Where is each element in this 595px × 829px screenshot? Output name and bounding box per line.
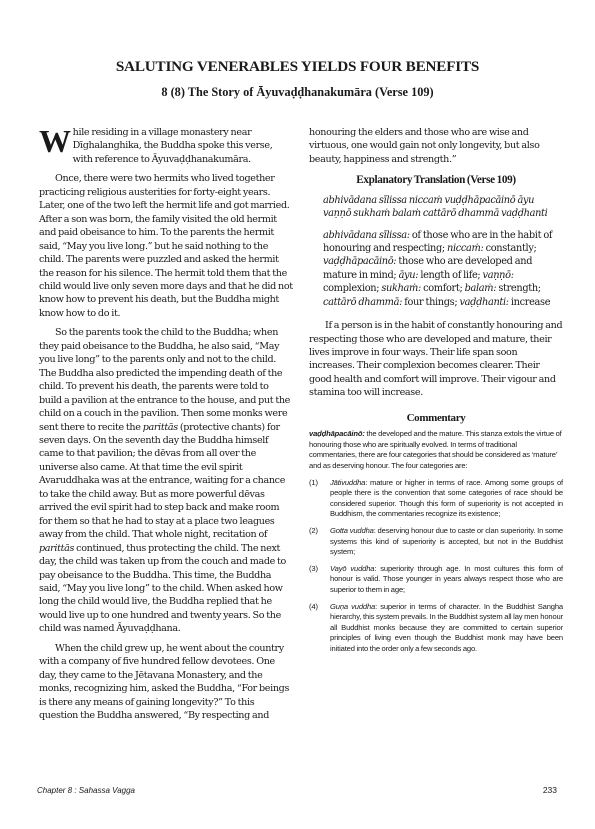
gloss-term: balaṁ:	[465, 283, 497, 294]
gloss-term: sukhaṁ:	[381, 283, 421, 294]
item-text: Jātivuddha: mature or higher in terms of…	[330, 478, 563, 520]
commentary-item: (1)Jātivuddha: mature or higher in terms…	[309, 478, 563, 520]
story-paragraph: When the child grew up, he went about th…	[39, 642, 293, 723]
item-number: (2)	[309, 526, 330, 558]
item-number: (4)	[309, 602, 330, 655]
commentary-heading: Commentary	[309, 412, 563, 425]
commentary-item: (3)Vayō vuddha: superiority through age.…	[309, 564, 563, 596]
gloss-term: vaṇṇō:	[483, 270, 514, 281]
commentary-item: (2)Gotta vuddha: deserving honour due to…	[309, 526, 563, 558]
story-paragraph: Once, there were two hermits who lived t…	[39, 172, 293, 320]
gloss-term: niccaṁ:	[447, 243, 483, 254]
gloss-term: āyu:	[399, 270, 419, 281]
item-text: Gotta vuddha: deserving honour due to ca…	[330, 526, 563, 558]
word-gloss: abhivādana sīlissa: of those who are in …	[323, 229, 563, 309]
gloss-term: vaḍḍhāpacāinō:	[323, 256, 396, 267]
gloss-term: cattārō dhammā:	[323, 297, 402, 308]
verse-line: abhivādana sīlissa niccaṁ vuḍḍhāpacāinō …	[323, 194, 563, 207]
commentary-intro: vaḍḍhāpacāinō: the developed and the mat…	[309, 429, 563, 471]
explanatory-translation-heading: Explanatory Translation (Verse 109)	[309, 174, 563, 187]
gloss-term: vaḍḍhanti:	[459, 297, 508, 308]
continuation-paragraph: honouring the elders and those who are w…	[309, 126, 563, 166]
drop-cap: W	[39, 128, 71, 154]
verse-line: vaṇṇō sukhaṁ balaṁ cattārō dhammā vaḍḍha…	[323, 207, 563, 220]
opening-paragraph: While residing in a village monastery ne…	[39, 126, 293, 166]
item-text: Vayō vuddha: superiority through age. In…	[330, 564, 563, 596]
item-number: (1)	[309, 478, 330, 520]
item-text: Guṇa vuddha: superior in terms of charac…	[330, 602, 563, 655]
footer-chapter: Chapter 8 : Sahassa Vagga	[37, 786, 135, 795]
story-paragraph: So the parents took the child to the Bud…	[39, 326, 293, 635]
right-column: honouring the elders and those who are w…	[309, 126, 563, 661]
commentary-item: (4)Guṇa vuddha: superior in terms of cha…	[309, 602, 563, 655]
explanation-paragraph: If a person is in the habit of constantl…	[309, 319, 563, 400]
left-column: While residing in a village monastery ne…	[39, 126, 293, 728]
item-number: (3)	[309, 564, 330, 596]
gloss-term: abhivādana sīlissa:	[323, 230, 410, 241]
commentary-list: (1)Jātivuddha: mature or higher in terms…	[309, 478, 563, 655]
pali-verse: abhivādana sīlissa niccaṁ vuḍḍhāpacāinō …	[323, 194, 563, 221]
page-number: 233	[543, 785, 557, 795]
page-title: SALUTING VENERABLES YIELDS FOUR BENEFITS	[0, 58, 595, 76]
story-title: 8 (8) The Story of Āyuvaḍḍhanakumāra (Ve…	[0, 85, 595, 100]
